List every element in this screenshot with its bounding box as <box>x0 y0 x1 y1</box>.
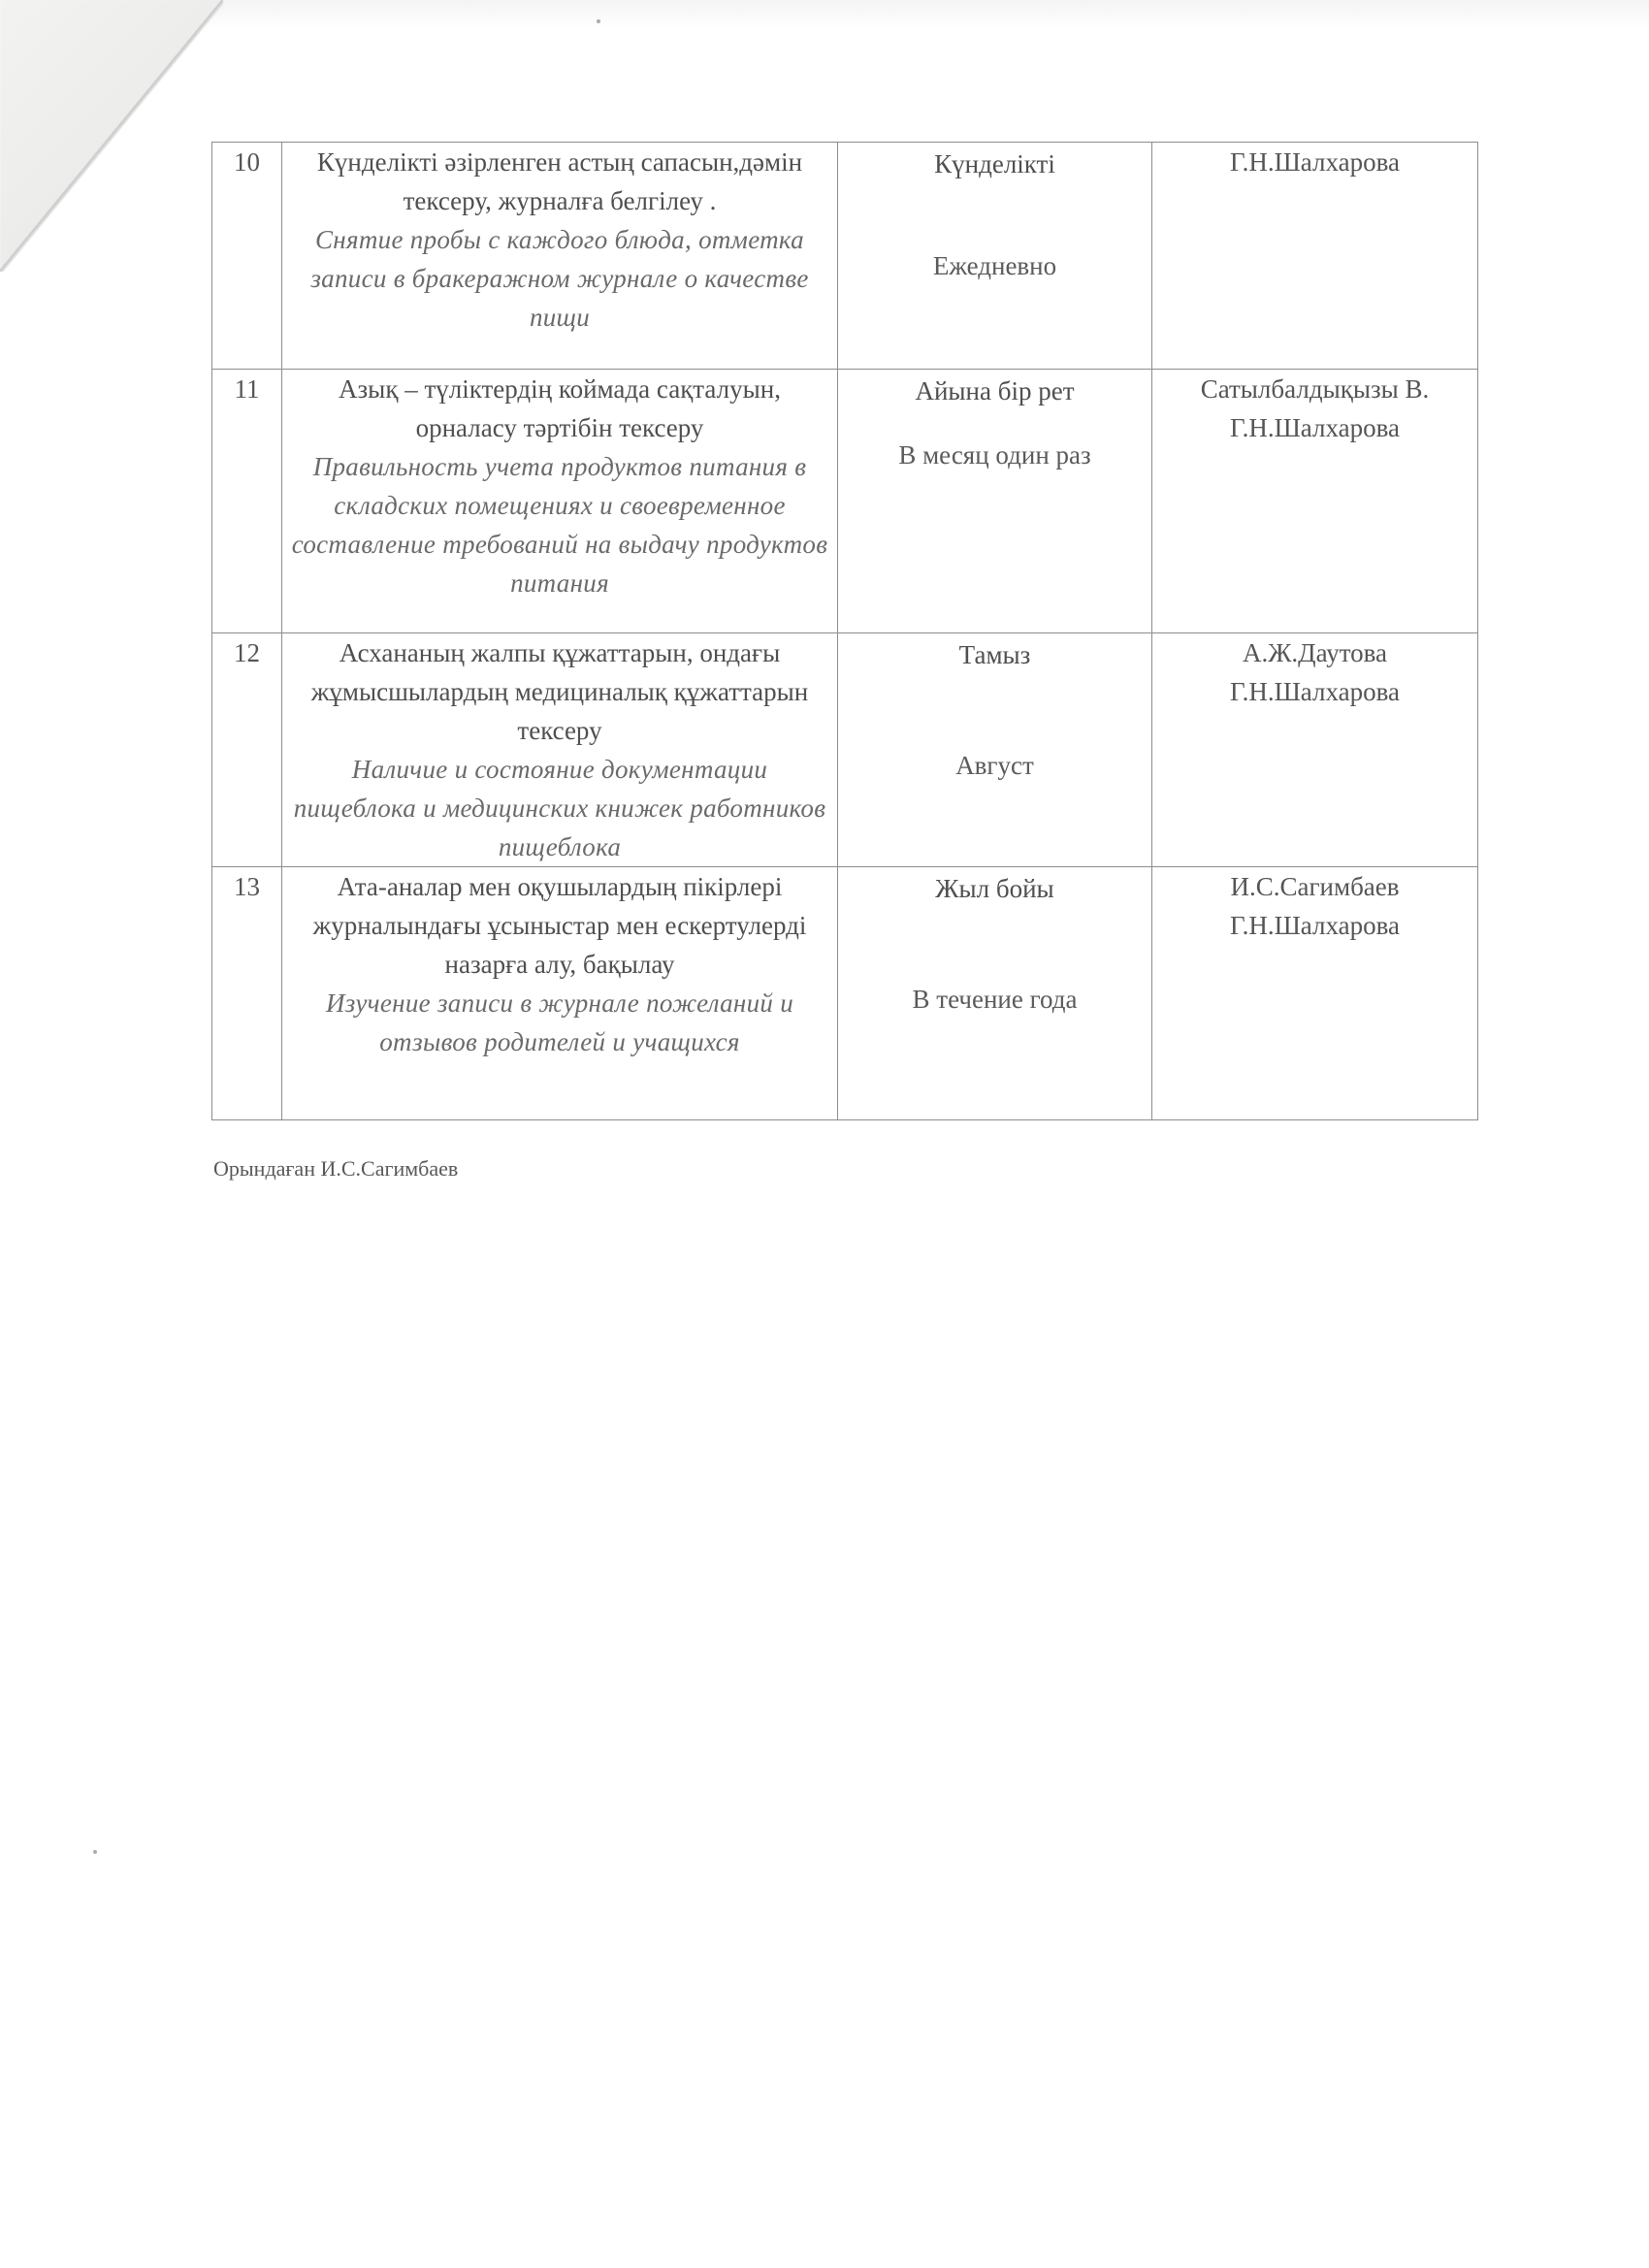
task-cell: Асхананың жалпы құжаттарын, ондағы жұмыс… <box>282 633 838 867</box>
task-cell: Ата-аналар мен оқушылардың пікірлері жур… <box>282 867 838 1120</box>
period-russian: В месяц один раз <box>844 436 1146 474</box>
period-cell: Айына бір рет В месяц один раз <box>838 370 1152 633</box>
period-kazakh: Айына бір рет <box>844 372 1146 410</box>
task-russian: Изучение записи в журнале пожеланий и от… <box>288 984 831 1061</box>
scan-speck <box>93 1850 97 1854</box>
responsible-person: Г.Н.Шалхарова <box>1158 408 1471 447</box>
responsible-cell: Сатылбалдықызы В. Г.Н.Шалхарова <box>1152 370 1478 633</box>
responsible-person: Г.Н.Шалхарова <box>1158 672 1471 711</box>
task-kazakh: Күнделікті әзірленген астың сапасын,дәмі… <box>288 143 831 220</box>
scan-shade <box>0 0 1649 29</box>
period-russian: Ежедневно <box>844 246 1146 285</box>
row-number: 11 <box>212 370 282 633</box>
period-cell: Күнделікті Ежедневно <box>838 143 1152 370</box>
task-kazakh: Ата-аналар мен оқушылардың пікірлері жур… <box>288 867 831 984</box>
scan-speck <box>597 19 600 23</box>
task-kazakh: Асхананың жалпы құжаттарын, ондағы жұмыс… <box>288 633 831 750</box>
table-row: 12 Асхананың жалпы құжаттарын, ондағы жұ… <box>212 633 1478 867</box>
period-kazakh: Күнделікті <box>844 145 1146 183</box>
task-russian: Правильность учета продуктов питания в с… <box>288 447 831 602</box>
row-number: 10 <box>212 143 282 370</box>
period-kazakh: Тамыз <box>844 635 1146 674</box>
period-kazakh: Жыл бойы <box>844 869 1146 908</box>
task-cell: Күнделікті әзірленген астың сапасын,дәмі… <box>282 143 838 370</box>
table-row: 10 Күнделікті әзірленген астың сапасын,д… <box>212 143 1478 370</box>
table-row: 13 Ата-аналар мен оқушылардың пікірлері … <box>212 867 1478 1120</box>
responsible-person: Г.Н.Шалхарова <box>1158 906 1471 945</box>
row-number: 13 <box>212 867 282 1120</box>
period-cell: Жыл бойы В течение года <box>838 867 1152 1120</box>
task-cell: Азық – түліктердің коймада сақталуын, ор… <box>282 370 838 633</box>
responsible-cell: И.С.Сагимбаев Г.Н.Шалхарова <box>1152 867 1478 1120</box>
task-russian: Снятие пробы с каждого блюда, отметка за… <box>288 220 831 337</box>
paper-fold-corner <box>0 0 223 272</box>
table-row: 11 Азық – түліктердің коймада сақталуын,… <box>212 370 1478 633</box>
responsible-cell: А.Ж.Даутова Г.Н.Шалхарова <box>1152 633 1478 867</box>
inspection-plan-table: 10 Күнделікті әзірленген астың сапасын,д… <box>211 142 1478 1120</box>
responsible-cell: Г.Н.Шалхарова <box>1152 143 1478 370</box>
period-russian: В течение года <box>844 980 1146 1019</box>
row-number: 12 <box>212 633 282 867</box>
responsible-person: А.Ж.Даутова <box>1158 633 1471 672</box>
period-russian: Август <box>844 746 1146 785</box>
task-kazakh: Азық – түліктердің коймада сақталуын, ор… <box>288 370 831 447</box>
responsible-person: Сатылбалдықызы В. <box>1158 370 1471 408</box>
task-russian: Наличие и состояние документации пищебло… <box>288 750 831 866</box>
executed-by-signature: Орындаған И.С.Сагимбаев <box>213 1156 458 1182</box>
period-cell: Тамыз Август <box>838 633 1152 867</box>
responsible-person: Г.Н.Шалхарова <box>1158 143 1471 181</box>
responsible-person: И.С.Сагимбаев <box>1158 867 1471 906</box>
